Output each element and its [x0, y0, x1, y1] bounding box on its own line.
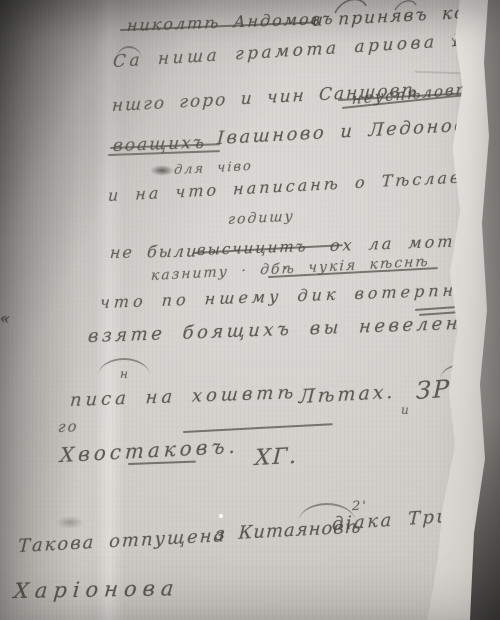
text-line-10-i: и: [401, 403, 411, 417]
bottom-superscript: 2': [352, 499, 368, 514]
ink-blot-1: [150, 165, 174, 176]
text-line-4-rest: Івашново и Ледоново: [216, 114, 481, 149]
text-line-6-end: ох ла мото: [329, 231, 469, 255]
text-line-7-start: казниту · д ·: [151, 261, 291, 284]
margin-mark: «: [0, 308, 13, 328]
text-line-1-rest: и принявъ коя: [311, 2, 480, 31]
manuscript-photograph: николтѣ Андомовъ и принявъ коя Са ниша г…: [0, 0, 500, 620]
text-line-10-leta: Лѣтах.: [298, 381, 396, 408]
manuscript-page: николтѣ Андомовъ и принявъ коя Са ниша г…: [0, 0, 500, 620]
breve-arc-bottom: [298, 503, 356, 523]
ink-smudge-2: [56, 516, 84, 529]
interline-note-1: для чіво: [174, 159, 254, 178]
interline-note-2: годишу: [228, 208, 296, 228]
text-line-11-go: го: [57, 417, 79, 436]
bottom-line-2: Харіонова: [13, 576, 181, 603]
breve-arc-line2: [116, 46, 142, 60]
white-speck: [219, 514, 223, 518]
text-line-6-start: не были: [109, 241, 199, 262]
flourish-bar: [183, 423, 333, 433]
text-line-11-num: ХГ.: [254, 444, 298, 471]
text-line-9: взяте боящихъ вы невелено·: [87, 312, 485, 347]
text-line-2: Са ниша грамота ариова Івкі: [113, 28, 499, 72]
